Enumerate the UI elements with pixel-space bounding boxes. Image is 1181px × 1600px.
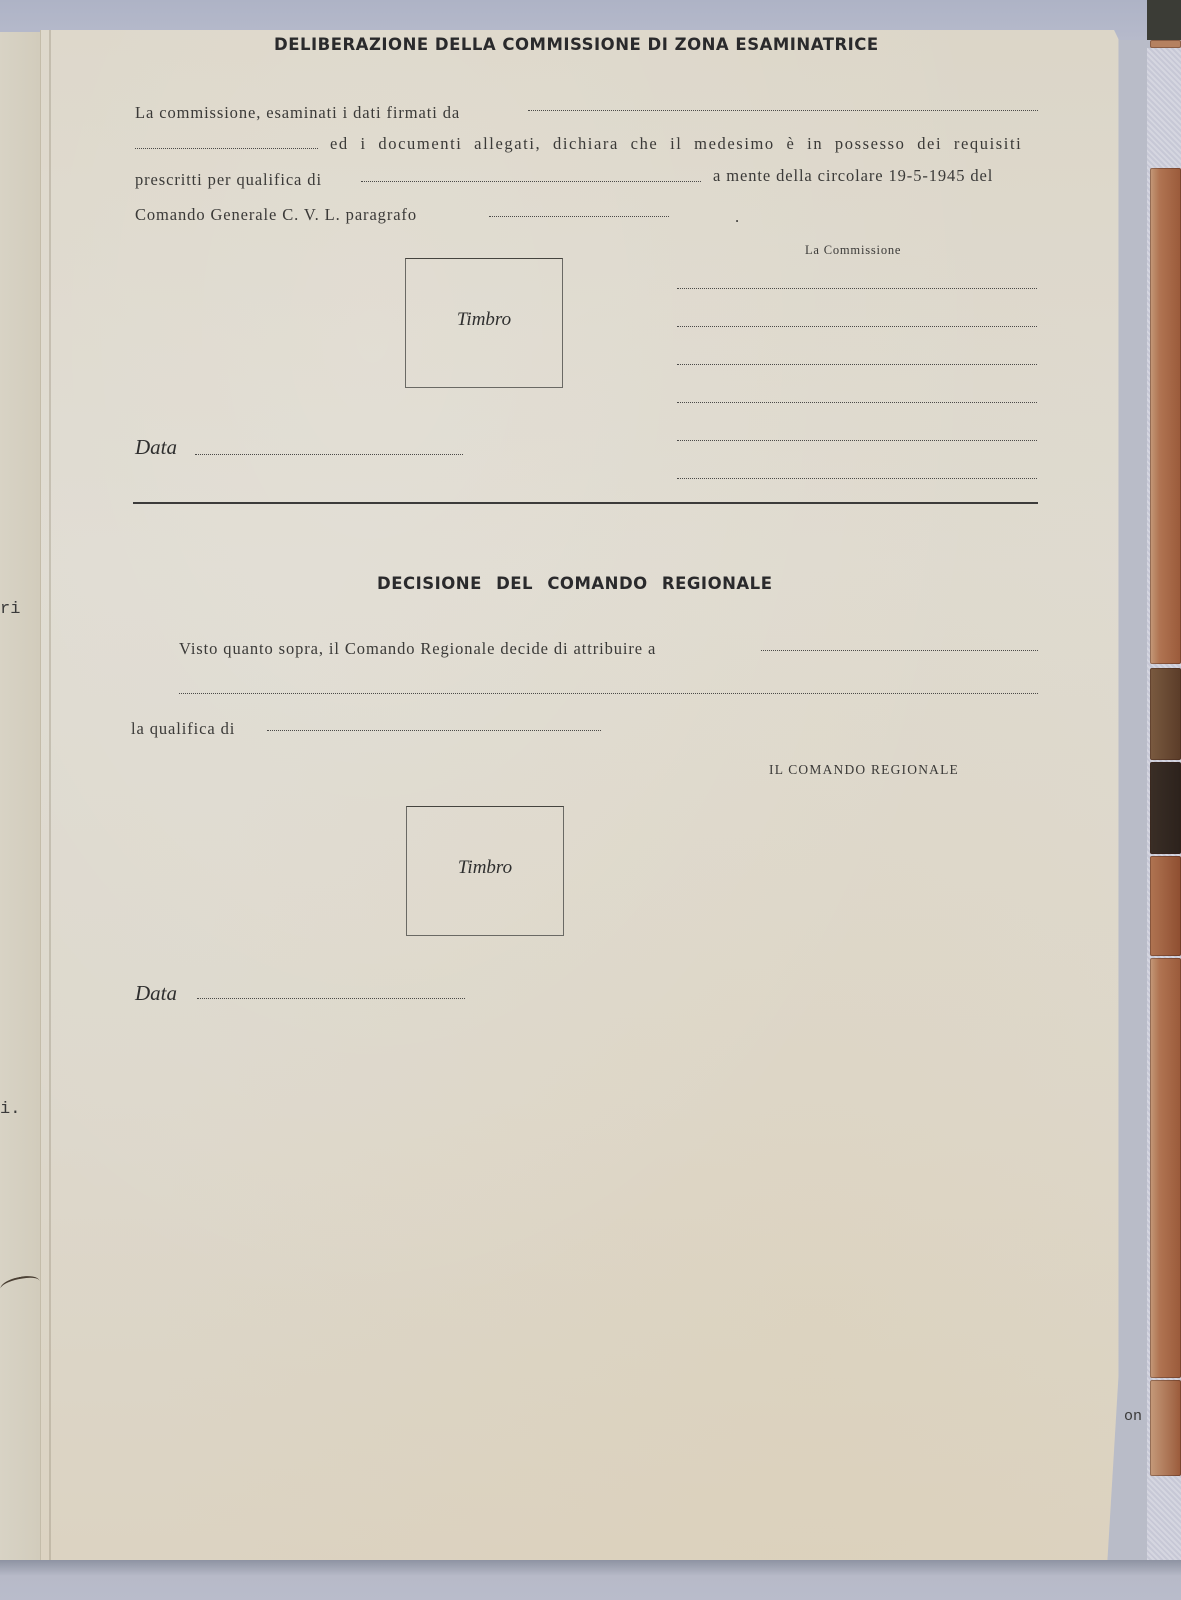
date-label-2: Data [135,981,177,1006]
signature-line-1[interactable] [677,288,1037,289]
section2-title: DECISIONE DEL COMANDO REGIONALE [377,574,772,593]
backdrop-corner [1147,0,1181,40]
signature-line-2[interactable] [677,326,1037,327]
stamp-box-1: Timbro [405,258,563,388]
date-label-1: Data [135,435,177,460]
field-qualification[interactable] [361,181,701,182]
section1-line1: La commissione, esaminati i dati firmati… [135,103,460,123]
wood-spine [1150,168,1181,664]
wood-spine [1150,856,1181,956]
field-assign-to[interactable] [761,650,1038,651]
field-date-2[interactable] [197,998,465,999]
stamp-label: Timbro [407,857,563,879]
stamp-label: Timbro [406,309,562,331]
section2-line3: la qualifica di [131,719,235,739]
signature-line-5[interactable] [677,440,1037,441]
field-signed-by[interactable] [528,110,1038,111]
section1-title: DELIBERAZIONE DELLA COMMISSIONE DI ZONA … [274,35,879,54]
regional-command-heading: IL COMANDO REGIONALE [769,762,959,778]
wood-spine [1150,40,1181,48]
wood-spine [1150,668,1181,760]
wood-spine [1150,1380,1181,1476]
section-divider [133,502,1038,504]
pen-stroke [0,1273,41,1297]
typed-fragment: ri [0,600,20,619]
form-sheet: DELIBERAZIONE DELLA COMMISSIONE DI ZONA … [40,30,1145,1560]
paper-fold [49,30,51,1560]
section1-line4: Comando Generale C. V. L. paragrafo [135,205,417,225]
field-assign-to-cont[interactable] [179,693,1038,694]
section1-line4-end: . [735,207,740,227]
wood-spine [1150,958,1181,1378]
field-paragraph[interactable] [489,216,669,217]
section2-line1: Visto quanto sopra, il Comando Regionale… [179,639,656,659]
signatures-heading: La Commissione [805,243,901,258]
field-date-1[interactable] [195,454,463,455]
section1-line3b: a mente della circolare 19-5-1945 del [713,166,993,186]
signature-line-4[interactable] [677,402,1037,403]
typed-fragment-right: on [1124,1408,1142,1425]
section1-line3a: prescritti per qualifica di [135,170,322,190]
stamp-box-2: Timbro [406,806,564,936]
backdrop-bottom [0,1560,1181,1600]
field-signed-by-cont[interactable] [135,148,318,149]
wood-spine [1150,762,1181,854]
typed-fragment: i. [0,1100,20,1119]
signature-line-6[interactable] [677,478,1037,479]
signature-line-3[interactable] [677,364,1037,365]
section1-line2: ed i documenti allegati, dichiara che il… [330,134,1022,154]
field-qualification-2[interactable] [267,730,601,731]
